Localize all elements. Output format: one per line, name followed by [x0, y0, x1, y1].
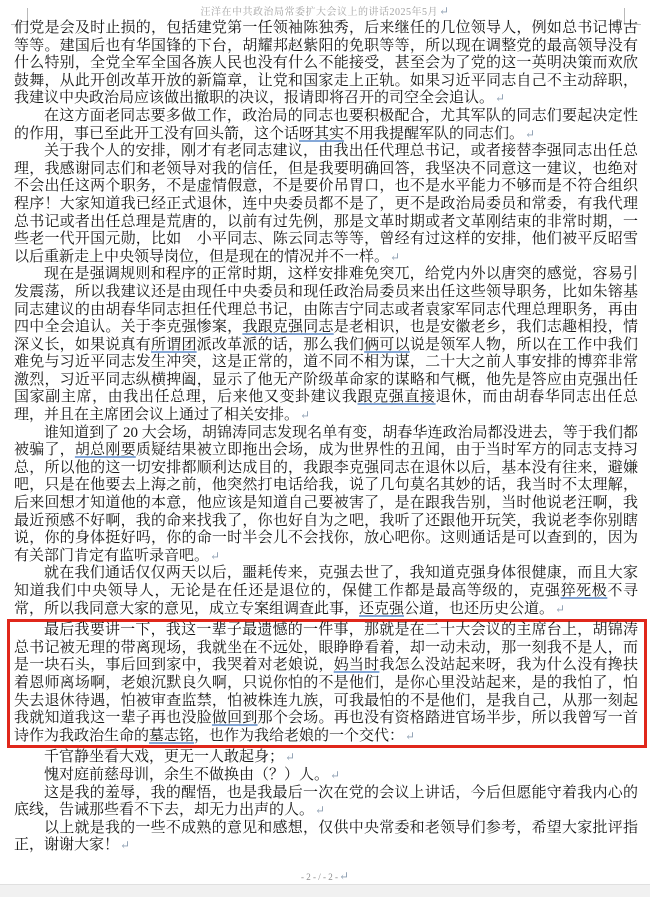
text-run: 千官静坐看大戏，更无一人敢起身； — [44, 749, 284, 765]
red-annotation-box: 最后我要讲一下，我这一辈子最遗憾的一件事，那就是在二十大会议的主席台上，胡锦涛总… — [7, 619, 647, 748]
text-run: ，也作为我给老娘的一个交代： — [194, 728, 404, 744]
text-run: 们党是会及时止损的，包括建党第一任领袖陈独秀，后来继任的几位领导人，例如总书记博… — [14, 20, 638, 106]
paragraph-mark-icon: ↵ — [299, 408, 310, 422]
paragraph-mark-icon: ↵ — [389, 250, 400, 264]
document-page: 汪洋在中共政治局常委扩大会议上的讲话2025年5月↵ 们党是会及时止损的，包括建… — [0, 0, 650, 897]
paragraph: 们党是会及时止损的，包括建党第一任领袖陈独秀，后来继任的几位领导人，例如总书记博… — [14, 20, 638, 108]
paragraph-mark-icon: ↵ — [209, 549, 220, 563]
grammar-underlined-text-run: 还克强 — [359, 601, 404, 617]
document-body: 们党是会及时止损的，包括建党第一任领袖陈独秀，后来继任的几位领导人，例如总书记博… — [14, 20, 638, 855]
grammar-underlined-text-run: 俩可以 — [364, 337, 410, 353]
text-run: 质疑结果被立即拖出会场，成为世界性的丑闻，由于当时军方的同志支持习总，所以他的这… — [14, 442, 638, 564]
document-header: 汪洋在中共政治局常委扩大会议上的讲话2025年5月↵ — [0, 3, 650, 19]
paragraph-mark-icon: ↵ — [338, 869, 349, 883]
page-edge-divider — [0, 884, 650, 897]
paragraph-mark-icon: ↵ — [438, 4, 450, 18]
paragraph: 最后我要讲一下，我这一辈子最遗憾的一件事，那就是在二十大会议的主席台上，胡锦涛总… — [14, 622, 638, 745]
text-run: 关于我个人的安排，刚才有老同志建议，由我出任代理总书记，或者接替李强同志出任总理… — [14, 143, 638, 265]
paragraph: 在这方面老同志要多做工作，政治局的同志也要积极配合，尤其军队的同志们要起决定性的… — [14, 108, 638, 143]
paragraph-mark-icon: ↵ — [404, 729, 415, 743]
grammar-underlined-text-run: 妈当时 — [334, 657, 380, 673]
grammar-underlined-text-run: 胡总刚要 — [75, 442, 136, 458]
text-run: 愧对庭前慈母训，余生不做换由（？）人。 — [44, 767, 329, 783]
text-run: 公道，也还历史公道。 — [404, 601, 554, 617]
text-run: 派改革派的话，那么我们 — [197, 337, 364, 353]
grammar-underlined-text-run: 猝死极 — [561, 583, 608, 599]
grammar-underlined-text-run: 墓志铭 — [149, 728, 194, 744]
grammar-underlined-text-run: 做回到 — [212, 710, 258, 726]
paragraph-mark-icon: ↵ — [119, 838, 130, 852]
page-number-label: - 2 - / - 2 - — [301, 872, 338, 882]
paragraph: 愧对庭前慈母训，余生不做换由（？）人。↵ — [14, 767, 638, 785]
paragraph: 以上就是我的一些不成熟的意见和感想，仅供中央常委和老领导们参考，希望大家批评指正… — [14, 820, 638, 855]
grammar-underlined-text-run: 我跟克强同志 — [242, 319, 333, 335]
paragraph-mark-icon: ↵ — [524, 127, 535, 141]
paragraph-mark-icon: ↵ — [314, 803, 325, 817]
grammar-underlined-text-run: 跟克强直接 — [358, 389, 436, 405]
paragraph: 关于我个人的安排，刚才有老同志建议，由我出任代理总书记，或者接替李强同志出任总理… — [14, 143, 638, 266]
paragraph-mark-icon: ↵ — [284, 750, 295, 764]
paragraph-mark-icon: ↵ — [494, 91, 505, 105]
text-run: 不用我提醒军队的同志们。 — [344, 126, 524, 142]
paragraph: 谁知道到了 20 大会场，胡锦涛同志发现名单有变，胡春华连政治局都没进去，等于我… — [14, 425, 638, 566]
grammar-underlined-text-run: 所谓团 — [151, 337, 197, 353]
paragraph: 就在我们通话仅仅两天以后，噩耗传来，克强去世了，我知道克强身体很健康，而且大家知… — [14, 565, 638, 618]
paragraph-mark-icon: ↵ — [329, 768, 340, 782]
text-run: 就在我们通话仅仅两天以后，噩耗传来，克强去世了，我知道克强身体很健康，而且大家知… — [14, 565, 638, 599]
text-run: 这是我的羞辱，我的醒悟，也是我最后一次在党的会议上讲话，今后但愿能守着我内心的底… — [14, 785, 638, 819]
header-title: 汪洋在中共政治局常委扩大会议上的讲话2025年5月 — [200, 7, 438, 18]
paragraph: 现在是强调规则和程序的正常时期，这样安排难免突兀，给党内外以唐突的感觉，容易引发… — [14, 266, 638, 424]
grammar-underlined-text-run: 呀其实 — [299, 126, 344, 142]
text-run: 以上就是我的一些不成熟的意见和感想，仅供中央常委和老领导们参考，希望大家批评指正… — [14, 820, 638, 854]
paragraph: 这是我的羞辱，我的醒悟，也是我最后一次在党的会议上讲话，今后但愿能守着我内心的底… — [14, 785, 638, 820]
paragraph: 千官静坐看大戏，更无一人敢起身；↵ — [14, 749, 638, 767]
page-number-footer: - 2 - / - 2 -↵ — [0, 869, 650, 884]
paragraph-mark-icon: ↵ — [554, 602, 565, 616]
